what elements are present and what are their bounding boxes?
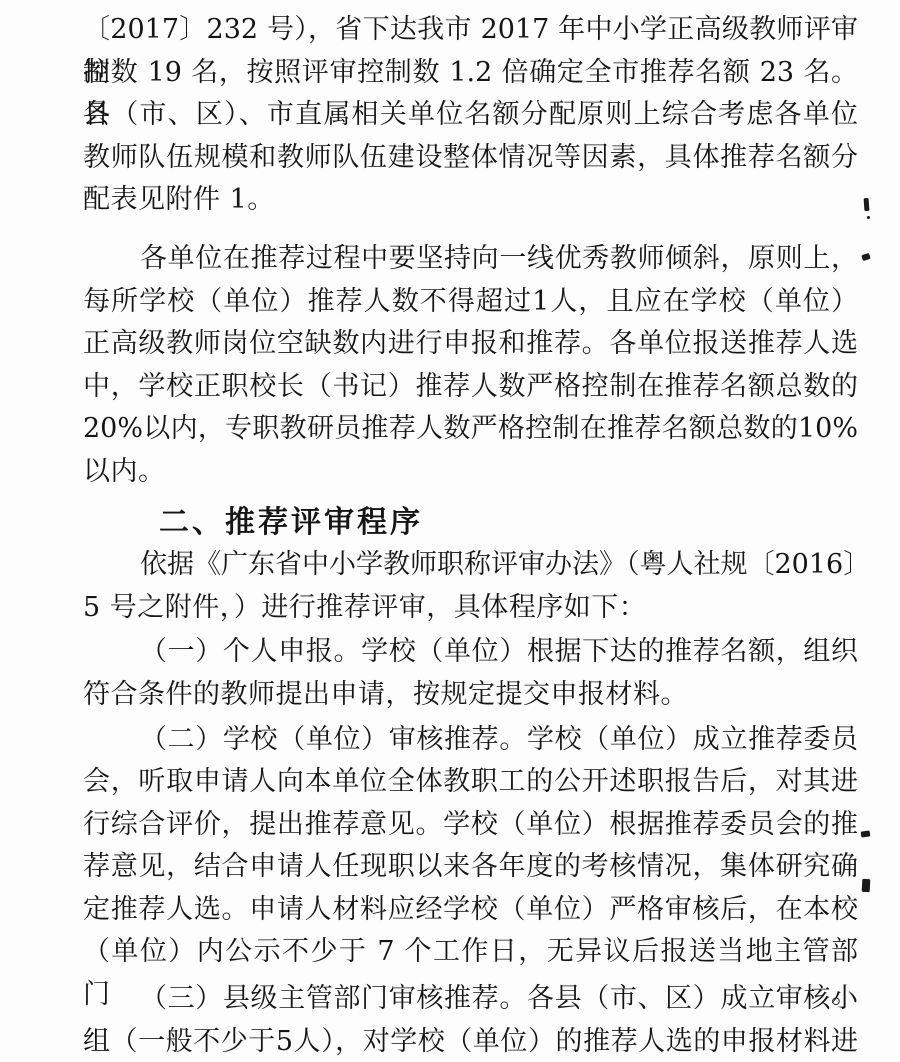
scan-mark	[861, 830, 871, 837]
paragraph-review-basis: 依据《广东省中小学教师职称评审办法》（粤人社规〔2016〕5 号之附件，）进行推…	[83, 544, 858, 629]
heading-section-two: 二、推荐评审程序	[83, 502, 858, 545]
text-line: 定推荐人选。申请人材料应经学校（单位）严格审核后，在本校	[83, 889, 858, 932]
paragraph-step-two-school-review: （二）学校（单位）审核推荐。学校（单位）成立推荐委员会，听取申请人向本单位全体教…	[83, 719, 858, 975]
paragraph-quota-allocation: 〔2017〕232 号），省下达我市 2017 年中小学正高级教师评审控制数 1…	[83, 9, 858, 222]
text-line: 以内。	[83, 451, 858, 494]
scan-mark	[867, 216, 870, 219]
text-line: 符合条件的教师提出申请，按规定提交申报材料。	[83, 674, 858, 717]
document-page: 〔2017〕232 号），省下达我市 2017 年中小学正高级教师评审控制数 1…	[0, 0, 900, 1062]
text-line: 正高级教师岗位空缺数内进行申报和推荐。各单位报送推荐人选	[83, 323, 858, 366]
text-line: 中，学校正职校长（书记）推荐人数严格控制在推荐名额总数的	[83, 366, 858, 409]
text-line: 5 号之附件，）进行推荐评审，具体程序如下：	[83, 587, 858, 630]
section-heading: 二、推荐评审程序	[83, 502, 858, 545]
text-line: 组（一般不少于5人），对学校（单位）的推荐人选的申报材料进	[83, 1021, 858, 1062]
scan-mark	[864, 198, 870, 211]
paragraph-recommendation-limits: 各单位在推荐过程中要坚持向一线优秀教师倾斜，原则上，每所学校（单位）推荐人数不得…	[83, 238, 858, 494]
paragraph-step-three-county-review: （三）县级主管部门审核推荐。各县（市、区）成立审核小组（一般不少于5人），对学校…	[83, 978, 858, 1062]
text-line: （二）学校（单位）审核推荐。学校（单位）成立推荐委员	[83, 719, 858, 762]
text-line: （单位）内公示不少于 7 个工作日，无异议后报送当地主管部门。	[83, 931, 858, 974]
text-line: 制数 19 名，按照评审控制数 1.2 倍确定全市推荐名额 23 名。各	[83, 52, 858, 95]
text-line: 行综合评价，提出推荐意见。学校（单位）根据推荐委员会的推	[83, 804, 858, 847]
text-line: 教师队伍规模和教师队伍建设整体情况等因素，具体推荐名额分	[83, 137, 858, 180]
scan-mark	[861, 253, 870, 261]
paragraph-step-one-individual-application: （一）个人申报。学校（单位）根据下达的推荐名额，组织符合条件的教师提出申请，按规…	[83, 631, 858, 716]
text-line: 会，听取申请人向本单位全体教职工的公开述职报告后，对其进	[83, 761, 858, 804]
document-body: 〔2017〕232 号），省下达我市 2017 年中小学正高级教师评审控制数 1…	[83, 0, 858, 1062]
text-line: 荐意见，结合申请人任现职以来各年度的考核情况，集体研究确	[83, 846, 858, 889]
text-line: 各单位在推荐过程中要坚持向一线优秀教师倾斜，原则上，	[83, 238, 858, 281]
text-line: （一）个人申报。学校（单位）根据下达的推荐名额，组织	[83, 631, 858, 674]
scan-mark	[862, 879, 871, 892]
text-line: 县（市、区）、市直属相关单位名额分配原则上综合考虑各单位	[83, 94, 858, 137]
text-line: 每所学校（单位）推荐人数不得超过1人，且应在学校（单位）	[83, 281, 858, 324]
text-line: （三）县级主管部门审核推荐。各县（市、区）成立审核小	[83, 978, 858, 1021]
text-line: 配表见附件 1。	[83, 179, 858, 222]
text-line: 依据《广东省中小学教师职称评审办法》（粤人社规〔2016〕	[83, 544, 858, 587]
text-line: 〔2017〕232 号），省下达我市 2017 年中小学正高级教师评审控	[83, 9, 858, 52]
text-line: 20%以内，专职教研员推荐人数严格控制在推荐名额总数的10%	[83, 408, 858, 451]
